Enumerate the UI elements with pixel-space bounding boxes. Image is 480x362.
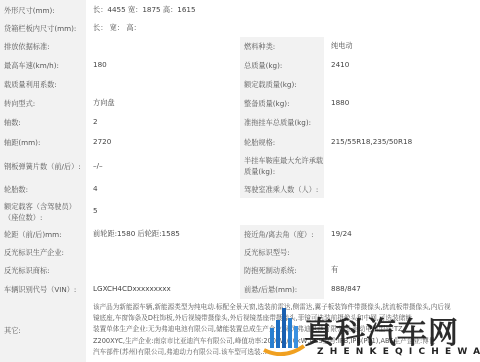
spec-value [86,243,240,261]
other-value: 该产品为新能源车辆,新能源类型为纯电动.标配全景天窗,选装前雷达,侧雷达,翼子板… [86,299,480,362]
spec-label: 防抱死制动系统: [240,261,324,280]
spec-label: 最高车速(km/h): [0,56,86,75]
spec-row: 轴数:2准拖挂车总质量(kg): [0,113,480,133]
other-line: 镜底座,车窗饰条及D柱饰板,外后视镜带摄像头,外后视镜基座带摄像头,菲镜可选装前… [93,313,451,324]
spec-label: 前悬/后悬(mm): [240,280,324,299]
spec-value [86,37,240,56]
spec-label: 轮胎数: [0,180,86,198]
other-label: 其它: [0,299,86,362]
spec-label: 额定载质量(kg): [240,75,324,94]
spec-value: 2720 [86,132,240,152]
spec-value: 纯电动 [324,37,480,56]
spec-row: 反光标识生产企业:反光标识型号: [0,243,480,262]
spec-value: 长：4455 宽：1875 高：1615 [86,0,480,20]
spec-value: 长： 宽： 高： [86,20,480,37]
spec-label: 整备质量(kg): [240,94,324,113]
spec-value: 2410 [324,56,480,75]
other-line: 装置单体生产企业:无为弗迪电池有限公司,储能装置总成生产企业:无为弗迪电池有限公… [93,324,451,335]
spec-label: 接近角/离去角（度）: [240,225,324,243]
spec-label: 轮胎规格: [240,132,324,152]
spec-value: 5 [86,198,480,225]
spec-row: 轮距（前/后)mm:前轮距:1580 后轮距:1585接近角/离去角（度）:19… [0,225,480,244]
spec-value: 前轮距:1580 后轮距:1585 [86,225,240,243]
spec-value: 888/847 [324,280,480,299]
other-line: Z200XYC,生产企业:南京市比亚迪汽车有限公司,峰值功率:200kW/70k… [93,336,451,347]
other-line: 汽车部件(苏州)有限公司,弗迪动力有限公司.该车型可选装... [93,347,451,358]
spec-value [324,113,480,132]
spec-label: 排放依据标准: [0,37,86,56]
spec-label: 总质量(kg): [240,56,324,75]
spec-row: 最高车速(km/h):180总质量(kg):2410 [0,56,480,76]
spec-row: 载质量利用系数:额定载质量(kg): [0,75,480,95]
spec-label: 转向型式: [0,94,86,113]
spec-row: 额定载客（含驾驶员）（座位数）:5 [0,198,480,226]
spec-label: 载质量利用系数: [0,75,86,94]
spec-row: 反光标识商标:防抱死制动系统:有 [0,261,480,281]
spec-value [86,75,240,94]
spec-value: 4 [86,180,240,198]
spec-value: –/– [86,152,240,180]
spec-label: 半挂车鞍座最大允许承载质量(kg): [240,152,324,180]
spec-row: 外形尺寸(mm):长：4455 宽：1875 高：1615 [0,0,480,21]
spec-value: 有 [324,261,480,280]
spec-value [324,180,480,198]
spec-value [86,261,240,280]
spec-row: 钢板弹簧片数（前/后）:–/–半挂车鞍座最大允许承载质量(kg): [0,152,480,181]
spec-label: 准拖挂车总质量(kg): [240,113,324,132]
spec-label: 轴数: [0,113,86,132]
spec-label: 轴距(mm): [0,132,86,152]
spec-label: 反光标识商标: [0,261,86,280]
spec-value: 2 [86,113,240,132]
spec-label: 车辆识别代号（VIN）: [0,280,86,299]
spec-row-other: 其它: 该产品为新能源车辆,新能源类型为纯电动.标配全景天窗,选装前雷达,侧雷达… [0,299,480,362]
spec-label: 反光标识型号: [240,243,324,261]
spec-row: 货箱栏板内尺寸(mm):长： 宽： 高： [0,20,480,38]
spec-value: 180 [86,56,240,75]
spec-label: 驾驶室准乘人数（人）: [240,180,324,198]
spec-value [324,243,480,261]
spec-label: 钢板弹簧片数（前/后）: [0,152,86,180]
spec-value: 1880 [324,94,480,113]
spec-row: 排放依据标准:燃料种类:纯电动 [0,37,480,57]
spec-value [324,75,480,94]
spec-label: 燃料种类: [240,37,324,56]
spec-value: 19/24 [324,225,480,243]
spec-value: LGXCH4CDxxxxxxxxx [86,280,240,299]
other-line: 该产品为新能源车辆,新能源类型为纯电动.标配全景天窗,选装前雷达,侧雷达,翼子板… [93,302,451,313]
spec-row: 转向型式:方向盘整备质量(kg):1880 [0,94,480,114]
spec-label: 反光标识生产企业: [0,243,86,261]
spec-value [324,152,480,180]
spec-value: 方向盘 [86,94,240,113]
spec-label: 轮距（前/后)mm: [0,225,86,243]
spec-row: 车辆识别代号（VIN）:LGXCH4CDxxxxxxxxx前悬/后悬(mm):8… [0,280,480,300]
spec-label: 额定载客（含驾驶员）（座位数）: [0,198,86,225]
spec-row: 轴距(mm):2720轮胎规格:215/55R18,235/50R18 [0,132,480,153]
spec-row: 轮胎数:4驾驶室准乘人数（人）: [0,180,480,199]
spec-label: 外形尺寸(mm): [0,0,86,20]
spec-label: 货箱栏板内尺寸(mm): [0,20,86,37]
spec-value: 215/55R18,235/50R18 [324,132,480,152]
